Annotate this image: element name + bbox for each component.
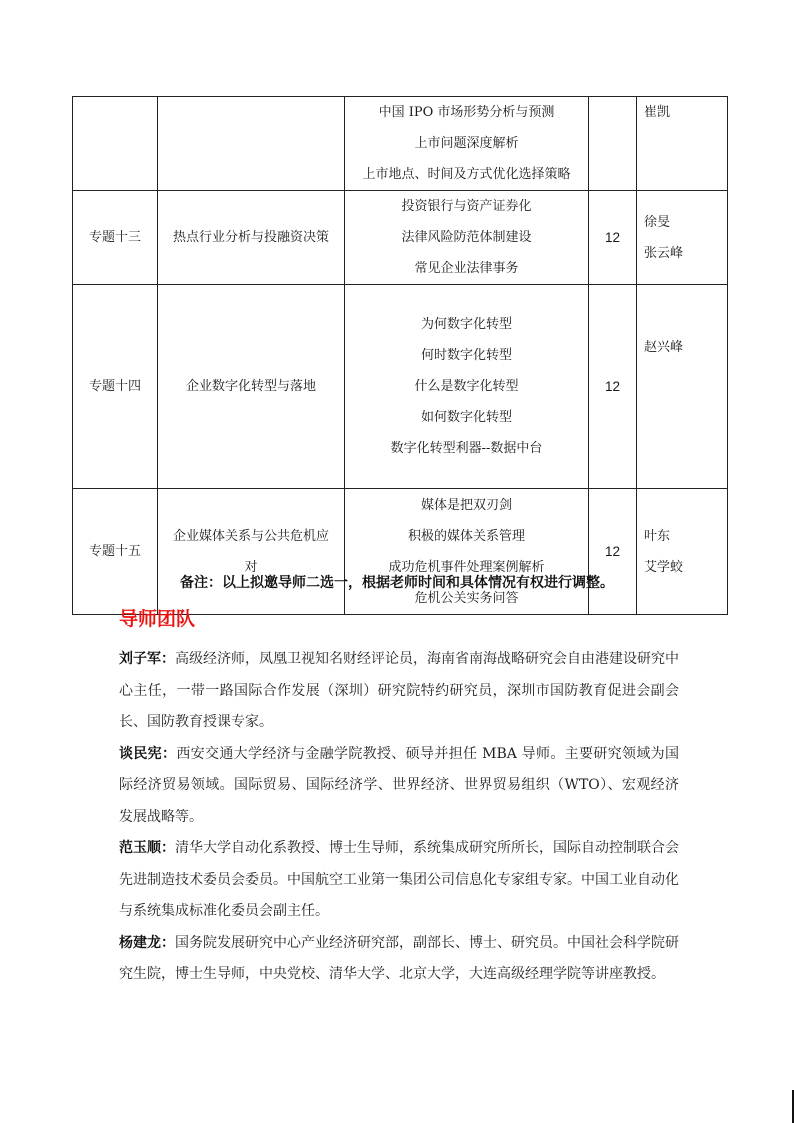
mentor-description: 高级经济师，凤凰卫视知名财经评论员，海南省南海战略研究会自由港建设研究中心主任，… [119,651,679,730]
mentor-bio: 谈民宪：西安交通大学经济与金融学院教授、硕导并担任 MBA 导师。主要研究领域为… [119,739,679,834]
course-title: 热点行业分析与投融资决策 [167,222,335,253]
topic-cell [73,97,158,191]
content-line: 如何数字化转型 [345,402,588,433]
table-row: 专题十五 企业媒体关系与公共危机应对 媒体是把双刃剑 积极的媒体关系管理 成功危… [73,489,728,615]
content-line: 何时数字化转型 [345,340,588,371]
mentor-bio: 范玉顺：清华大学自动化系教授、博士生导师，系统集成研究所所长，国际自动控制联合会… [119,833,679,928]
mentor-bios: 刘子军：高级经济师，凤凰卫视知名财经评论员，海南省南海战略研究会自由港建设研究中… [119,644,679,991]
teacher-name: 张云峰 [644,238,727,269]
document-page: 中国 IPO 市场形势分析与预测 上市问题深度解析 上市地点、时间及方式优化选择… [0,0,794,1123]
topic-cell: 专题十四 [73,285,158,489]
table-row: 专题十三 热点行业分析与投融资决策 投资银行与资产证券化 法律风险防范体制建设 … [73,191,728,285]
content-line: 常见企业法律事务 [345,253,588,284]
section-title: 导师团队 [119,604,195,631]
content-line: 法律风险防范体制建设 [345,222,588,253]
table-note: 备注：以上拟邀导师二选一，根据老师时间和具体情况有权进行调整。 [0,572,794,592]
content-cell: 为何数字化转型 何时数字化转型 什么是数字化转型 如何数字化转型 数字化转型利器… [345,285,589,489]
mentor-description: 西安交通大学经济与金融学院教授、硕导并担任 MBA 导师。主要研究领域为国际经济… [119,746,679,825]
teacher-cell: 赵兴峰 [637,285,728,489]
title-cell [158,97,345,191]
teacher-cell: 叶东 艾学蛟 [637,489,728,615]
content-line: 数字化转型利器--数据中台 [345,433,588,464]
content-line: 为何数字化转型 [345,309,588,340]
content-line: 上市问题深度解析 [345,128,588,159]
content-line: 积极的媒体关系管理 [345,521,588,552]
mentor-description: 清华大学自动化系教授、博士生导师，系统集成研究所所长，国际自动控制联合会先进制造… [119,840,679,919]
title-cell: 企业数字化转型与落地 [158,285,345,489]
mentor-name: 杨建龙： [119,935,175,951]
topic-cell: 专题十三 [73,191,158,285]
teacher-name: 崔凯 [644,97,727,128]
hours-cell: 12 [589,489,637,615]
mentor-bio: 杨建龙：国务院发展研究中心产业经济研究部，副部长、博士、研究员。中国社会科学院研… [119,928,679,991]
page-edge-marker [792,1090,794,1123]
content-line: 什么是数字化转型 [345,371,588,402]
teacher-cell: 崔凯 [637,97,728,191]
content-cell: 中国 IPO 市场形势分析与预测 上市问题深度解析 上市地点、时间及方式优化选择… [345,97,589,191]
hours-cell [589,97,637,191]
table-row: 专题十四 企业数字化转型与落地 为何数字化转型 何时数字化转型 什么是数字化转型… [73,285,728,489]
mentor-description: 国务院发展研究中心产业经济研究部，副部长、博士、研究员。中国社会科学院研究生院，… [119,935,679,983]
content-line: 中国 IPO 市场形势分析与预测 [345,97,588,128]
mentor-name: 刘子军： [119,651,175,667]
teacher-cell: 徐旻 张云峰 [637,191,728,285]
content-line: 上市地点、时间及方式优化选择策略 [345,159,588,190]
course-table: 中国 IPO 市场形势分析与预测 上市问题深度解析 上市地点、时间及方式优化选择… [72,96,728,615]
content-cell: 投资银行与资产证券化 法律风险防范体制建设 常见企业法律事务 [345,191,589,285]
teacher-name: 徐旻 [644,207,727,238]
topic-cell: 专题十五 [73,489,158,615]
hours-cell: 12 [589,191,637,285]
mentor-name: 谈民宪： [119,746,176,762]
mentor-bio: 刘子军：高级经济师，凤凰卫视知名财经评论员，海南省南海战略研究会自由港建设研究中… [119,644,679,739]
mentor-name: 范玉顺： [119,840,175,856]
content-line: 媒体是把双刃剑 [345,490,588,521]
table-row: 中国 IPO 市场形势分析与预测 上市问题深度解析 上市地点、时间及方式优化选择… [73,97,728,191]
course-title: 企业数字化转型与落地 [167,371,335,402]
content-cell: 媒体是把双刃剑 积极的媒体关系管理 成功危机事件处理案例解析 危机公关实务问答 [345,489,589,615]
hours-cell: 12 [589,285,637,489]
content-line: 投资银行与资产证券化 [345,191,588,222]
title-cell: 热点行业分析与投融资决策 [158,191,345,285]
title-cell: 企业媒体关系与公共危机应对 [158,489,345,615]
teacher-name: 赵兴峰 [644,332,727,363]
teacher-name: 叶东 [644,521,727,552]
